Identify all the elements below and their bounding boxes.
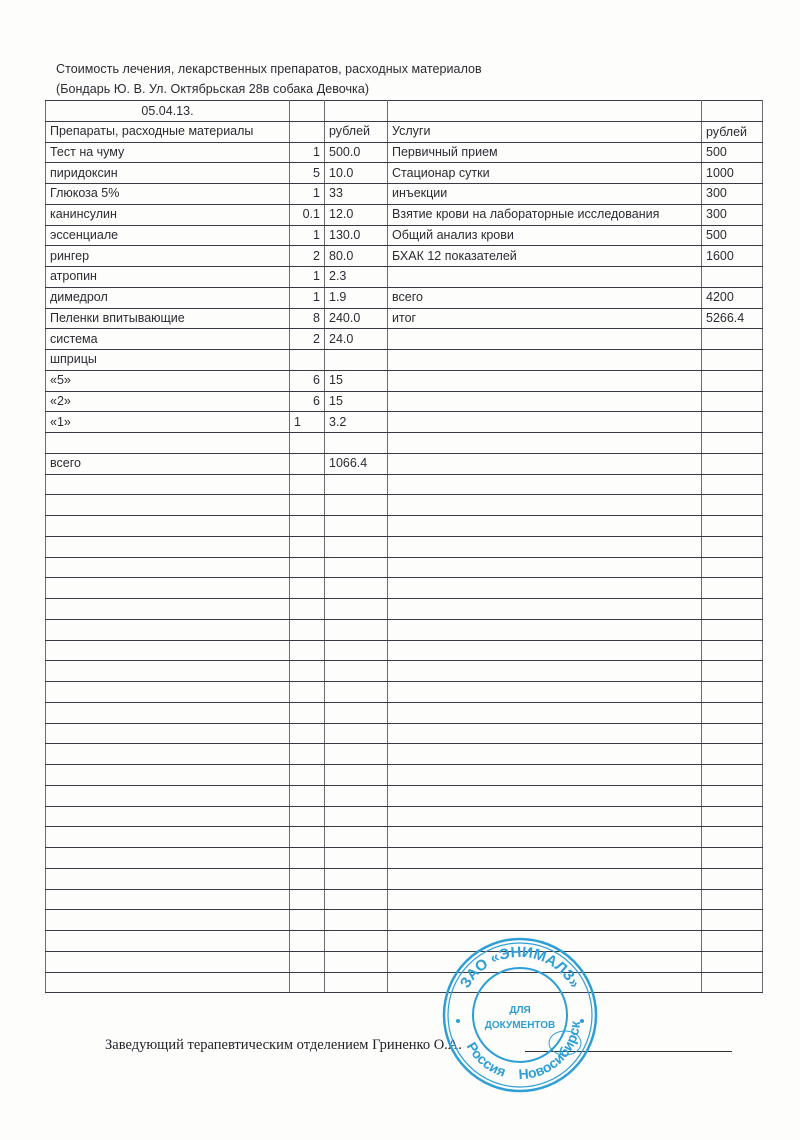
empty-cell — [325, 868, 388, 889]
empty-cell — [46, 827, 290, 848]
material-price: 130.0 — [325, 225, 388, 246]
empty-cell — [702, 910, 763, 931]
service-name: инъекции — [388, 184, 702, 205]
service-name: итог — [388, 308, 702, 329]
empty-cell — [325, 640, 388, 661]
empty-cell — [46, 495, 290, 516]
empty-row — [46, 972, 763, 993]
empty-cell — [46, 557, 290, 578]
material-qty: 1 — [290, 287, 325, 308]
material-qty: 2 — [290, 246, 325, 267]
material-price: 3.2 — [325, 412, 388, 433]
empty-cell — [46, 661, 290, 682]
material-name: рингер — [46, 246, 290, 267]
service-name — [388, 412, 702, 433]
empty-cell — [325, 806, 388, 827]
header-services-rub: рублей — [702, 121, 763, 142]
empty-cell — [46, 682, 290, 703]
empty-row — [46, 848, 763, 869]
material-qty — [290, 433, 325, 454]
empty-cell — [290, 765, 325, 786]
material-qty: 1 — [290, 412, 325, 433]
empty-row — [46, 951, 763, 972]
empty-cell — [46, 702, 290, 723]
empty-cell — [46, 889, 290, 910]
empty-cell — [388, 868, 702, 889]
material-name: «5» — [46, 370, 290, 391]
empty-cell — [325, 931, 388, 952]
empty-cell — [290, 474, 325, 495]
empty-row — [46, 661, 763, 682]
empty-cell — [702, 972, 763, 993]
empty-cell — [325, 557, 388, 578]
empty-row — [46, 619, 763, 640]
table-row: Тест на чуму1500.0Первичный прием500 — [46, 142, 763, 163]
empty-cell — [388, 495, 702, 516]
empty-cell — [702, 827, 763, 848]
header-services: Услуги — [388, 121, 702, 142]
empty-cell — [325, 910, 388, 931]
empty-cell — [388, 536, 702, 557]
empty-cell — [325, 702, 388, 723]
empty-cell — [325, 536, 388, 557]
service-name — [388, 370, 702, 391]
empty-cell — [388, 474, 702, 495]
empty-cell — [702, 682, 763, 703]
service-name: Взятие крови на лабораторные исследовани… — [388, 204, 702, 225]
svg-text:ДЛЯ: ДЛЯ — [509, 1005, 530, 1016]
material-price: 1066.4 — [325, 453, 388, 474]
empty-cell — [388, 744, 702, 765]
material-qty: 6 — [290, 370, 325, 391]
service-price: 300 — [702, 204, 763, 225]
document-subtitle: (Бондарь Ю. В. Ул. Октябрьская 28в собак… — [56, 82, 369, 96]
table-row: атропин12.3 — [46, 267, 763, 288]
empty-cell — [290, 682, 325, 703]
empty-cell — [46, 640, 290, 661]
material-name: Тест на чуму — [46, 142, 290, 163]
empty-row — [46, 910, 763, 931]
empty-cell — [702, 848, 763, 869]
empty-cell — [388, 702, 702, 723]
empty-row — [46, 640, 763, 661]
header-row: Препараты, расходные материалы рублей Ус… — [46, 121, 763, 142]
empty-cell — [702, 495, 763, 516]
material-name: «1» — [46, 412, 290, 433]
table-row: пиридоксин510.0Стационар сутки1000 — [46, 163, 763, 184]
empty-cell — [290, 910, 325, 931]
empty-cell — [46, 744, 290, 765]
empty-cell — [388, 599, 702, 620]
empty-cell — [290, 889, 325, 910]
empty-cell — [325, 474, 388, 495]
empty-cell — [325, 889, 388, 910]
material-name — [46, 433, 290, 454]
service-price: 300 — [702, 184, 763, 205]
service-price — [702, 329, 763, 350]
empty-cell — [325, 516, 388, 537]
empty-cell — [325, 495, 388, 516]
empty-cell — [325, 848, 388, 869]
service-name — [388, 350, 702, 371]
empty-row — [46, 682, 763, 703]
material-qty: 1 — [290, 184, 325, 205]
material-name: шприцы — [46, 350, 290, 371]
empty-cell — [46, 619, 290, 640]
material-name: канинсулин — [46, 204, 290, 225]
empty-cell — [290, 599, 325, 620]
material-price: 15 — [325, 391, 388, 412]
empty-cell — [290, 578, 325, 599]
empty-row — [46, 806, 763, 827]
empty-cell — [46, 806, 290, 827]
empty-row — [46, 827, 763, 848]
date-cell: 05.04.13. — [46, 101, 290, 122]
empty-cell — [290, 536, 325, 557]
service-name: БХАК 12 показателей — [388, 246, 702, 267]
material-name: «2» — [46, 391, 290, 412]
material-price — [325, 350, 388, 371]
service-name: всего — [388, 287, 702, 308]
svg-text:ДОКУМЕНТОВ: ДОКУМЕНТОВ — [485, 1020, 556, 1031]
stamp-seal-icon: ЗАО «ЭНИМАЛЗ» Россия Новосибирск ДЛЯ ДОК… — [440, 935, 600, 1095]
service-name: Первичный прием — [388, 142, 702, 163]
empty-row — [46, 931, 763, 952]
empty-cell — [702, 599, 763, 620]
material-qty — [290, 453, 325, 474]
empty-cell — [702, 640, 763, 661]
empty-cell — [702, 931, 763, 952]
material-price: 80.0 — [325, 246, 388, 267]
cost-table: 05.04.13. Препараты, расходные материалы… — [45, 100, 763, 993]
empty-row — [46, 744, 763, 765]
service-price — [702, 412, 763, 433]
empty-cell — [325, 765, 388, 786]
service-name — [388, 433, 702, 454]
empty-cell — [290, 495, 325, 516]
empty-row — [46, 516, 763, 537]
empty-cell — [702, 806, 763, 827]
material-name: атропин — [46, 267, 290, 288]
empty-cell — [290, 619, 325, 640]
material-price: 1.9 — [325, 287, 388, 308]
service-price — [702, 453, 763, 474]
empty-cell — [702, 889, 763, 910]
table-row: система224.0 — [46, 329, 763, 350]
material-price: 240.0 — [325, 308, 388, 329]
material-name: Пеленки впитывающие — [46, 308, 290, 329]
date-row: 05.04.13. — [46, 101, 763, 122]
empty-cell — [388, 889, 702, 910]
empty-row — [46, 765, 763, 786]
empty-cell — [325, 723, 388, 744]
material-qty: 6 — [290, 391, 325, 412]
service-name — [388, 267, 702, 288]
service-price: 1600 — [702, 246, 763, 267]
service-price: 500 — [702, 142, 763, 163]
material-qty: 5 — [290, 163, 325, 184]
empty-cell — [290, 848, 325, 869]
empty-cell — [325, 785, 388, 806]
empty-cell — [325, 744, 388, 765]
material-price: 12.0 — [325, 204, 388, 225]
empty-cell — [702, 765, 763, 786]
empty-cell — [325, 682, 388, 703]
material-price — [325, 433, 388, 454]
material-price: 2.3 — [325, 267, 388, 288]
empty-row — [46, 702, 763, 723]
empty-cell — [702, 516, 763, 537]
service-name — [388, 391, 702, 412]
table-row: «1»13.2 — [46, 412, 763, 433]
empty-cell — [325, 599, 388, 620]
empty-cell — [290, 640, 325, 661]
empty-cell — [325, 578, 388, 599]
empty-cell — [46, 972, 290, 993]
empty-cell — [46, 910, 290, 931]
empty-row — [46, 868, 763, 889]
service-price — [702, 391, 763, 412]
empty-cell — [388, 827, 702, 848]
empty-row — [46, 536, 763, 557]
material-name: система — [46, 329, 290, 350]
material-price: 24.0 — [325, 329, 388, 350]
material-name: Глюкоза 5% — [46, 184, 290, 205]
material-qty: 1 — [290, 267, 325, 288]
empty-cell — [46, 765, 290, 786]
empty-cell — [702, 785, 763, 806]
material-price: 15 — [325, 370, 388, 391]
empty-cell — [325, 619, 388, 640]
service-name: Стационар сутки — [388, 163, 702, 184]
empty-cell — [702, 951, 763, 972]
table-row: «2»615 — [46, 391, 763, 412]
service-price — [702, 267, 763, 288]
empty-cell — [46, 951, 290, 972]
empty-cell — [325, 661, 388, 682]
table-row: эссенциале1130.0Общий анализ крови500 — [46, 225, 763, 246]
material-name: димедрол — [46, 287, 290, 308]
empty-cell — [325, 951, 388, 972]
table-row: димедрол11.9всего4200 — [46, 287, 763, 308]
empty-row — [46, 495, 763, 516]
empty-cell — [325, 827, 388, 848]
empty-cell — [290, 516, 325, 537]
material-qty: 8 — [290, 308, 325, 329]
table-row: «5»615 — [46, 370, 763, 391]
material-qty — [290, 350, 325, 371]
empty-cell — [46, 578, 290, 599]
table-row: всего1066.4 — [46, 453, 763, 474]
empty-cell — [388, 557, 702, 578]
empty-cell — [290, 868, 325, 889]
empty-cell — [46, 848, 290, 869]
empty-cell — [46, 536, 290, 557]
empty-cell — [702, 723, 763, 744]
service-price: 5266.4 — [702, 308, 763, 329]
service-name — [388, 453, 702, 474]
empty-cell — [702, 868, 763, 889]
empty-row — [46, 474, 763, 495]
material-qty: 0.1 — [290, 204, 325, 225]
empty-cell — [46, 474, 290, 495]
empty-cell — [46, 868, 290, 889]
empty-cell — [702, 619, 763, 640]
empty-cell — [388, 723, 702, 744]
empty-cell — [388, 619, 702, 640]
empty-cell — [388, 848, 702, 869]
service-price: 500 — [702, 225, 763, 246]
material-name: пиридоксин — [46, 163, 290, 184]
empty-cell — [702, 578, 763, 599]
empty-cell — [388, 682, 702, 703]
empty-cell — [702, 474, 763, 495]
table-row: Пеленки впитывающие8240.0итог5266.4 — [46, 308, 763, 329]
service-price — [702, 350, 763, 371]
table-row: Глюкоза 5%133инъекции300 — [46, 184, 763, 205]
empty-cell — [388, 785, 702, 806]
empty-cell — [46, 516, 290, 537]
empty-cell — [702, 744, 763, 765]
service-name — [388, 329, 702, 350]
empty-cell — [388, 806, 702, 827]
material-price: 500.0 — [325, 142, 388, 163]
empty-row — [46, 557, 763, 578]
empty-cell — [388, 765, 702, 786]
empty-cell — [388, 578, 702, 599]
table-row: канинсулин0.112.0Взятие крови на лаборат… — [46, 204, 763, 225]
header-materials: Препараты, расходные материалы — [46, 121, 290, 142]
service-price: 4200 — [702, 287, 763, 308]
empty-cell — [702, 536, 763, 557]
empty-cell — [290, 785, 325, 806]
empty-row — [46, 785, 763, 806]
material-qty: 1 — [290, 142, 325, 163]
material-price: 33 — [325, 184, 388, 205]
material-qty: 2 — [290, 329, 325, 350]
empty-cell — [46, 599, 290, 620]
material-name: всего — [46, 453, 290, 474]
empty-cell — [702, 557, 763, 578]
empty-cell — [290, 723, 325, 744]
header-materials-rub: рублей — [325, 121, 388, 142]
empty-cell — [388, 516, 702, 537]
service-price — [702, 370, 763, 391]
empty-cell — [46, 723, 290, 744]
material-name: эссенциале — [46, 225, 290, 246]
table-row — [46, 433, 763, 454]
empty-cell — [290, 557, 325, 578]
empty-row — [46, 889, 763, 910]
empty-cell — [388, 661, 702, 682]
empty-cell — [388, 910, 702, 931]
empty-cell — [290, 661, 325, 682]
empty-cell — [290, 972, 325, 993]
service-name: Общий анализ крови — [388, 225, 702, 246]
empty-cell — [290, 827, 325, 848]
empty-cell — [325, 972, 388, 993]
signature-text: Заведующий терапевтическим отделением Гр… — [105, 1037, 462, 1054]
table-row: шприцы — [46, 350, 763, 371]
empty-cell — [46, 785, 290, 806]
empty-cell — [290, 702, 325, 723]
empty-row — [46, 599, 763, 620]
empty-row — [46, 578, 763, 599]
material-price: 10.0 — [325, 163, 388, 184]
empty-cell — [388, 640, 702, 661]
material-qty: 1 — [290, 225, 325, 246]
empty-row — [46, 723, 763, 744]
service-price — [702, 433, 763, 454]
empty-cell — [702, 702, 763, 723]
empty-cell — [290, 806, 325, 827]
table-row: рингер280.0БХАК 12 показателей1600 — [46, 246, 763, 267]
document-title: Стоимость лечения, лекарственных препара… — [56, 62, 482, 76]
empty-cell — [290, 744, 325, 765]
empty-cell — [290, 951, 325, 972]
empty-cell — [46, 931, 290, 952]
empty-cell — [290, 931, 325, 952]
empty-cell — [702, 661, 763, 682]
service-price: 1000 — [702, 163, 763, 184]
